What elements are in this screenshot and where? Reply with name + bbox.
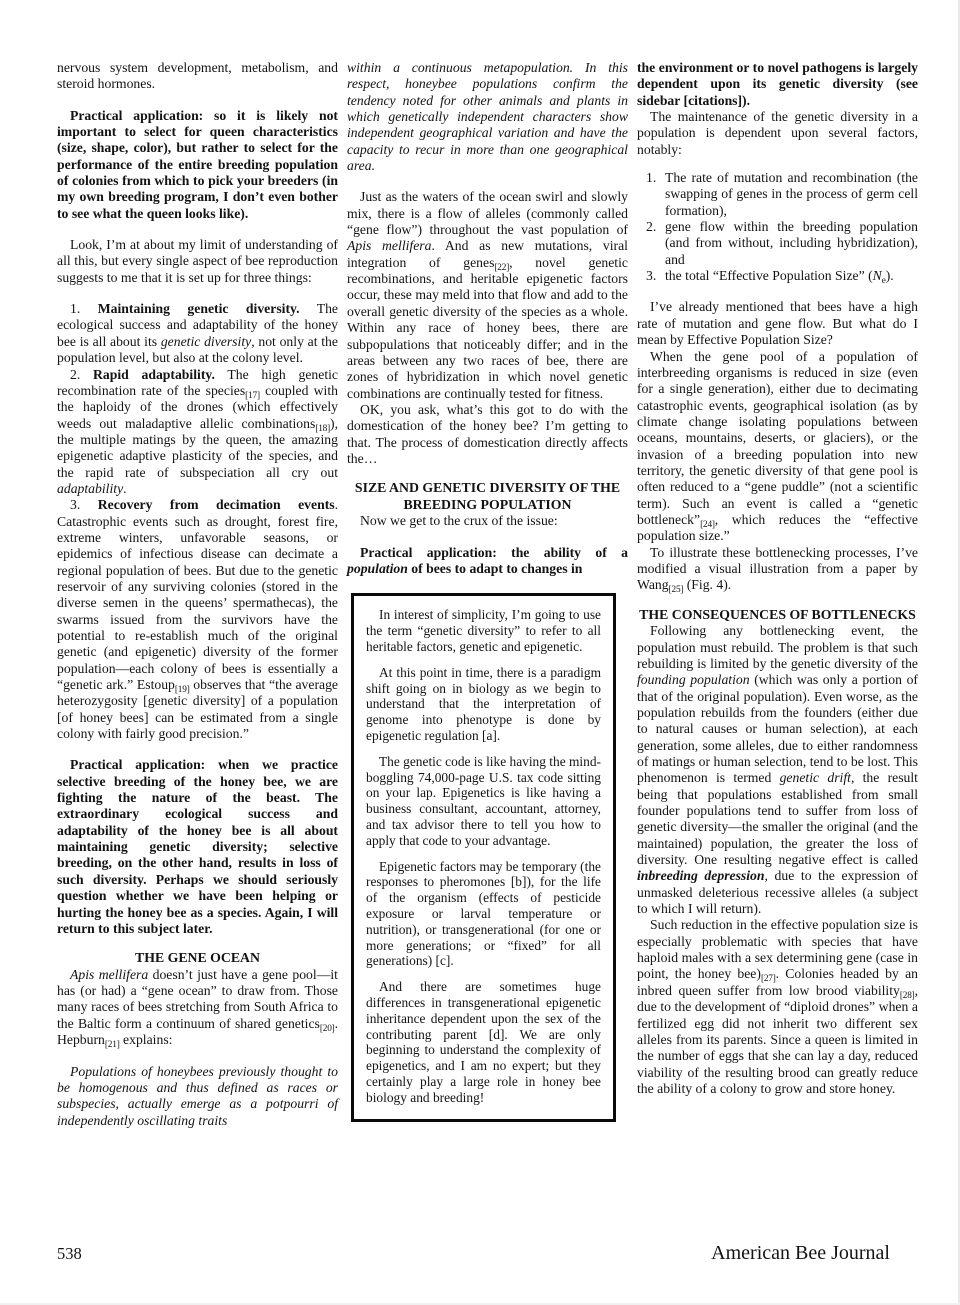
list-number: 3.	[646, 268, 656, 284]
text-run: Rapid adaptability.	[93, 367, 215, 382]
paragraph: Such reduction in the effective populati…	[637, 917, 918, 1097]
list-number: 2.	[646, 219, 656, 235]
paragraph: I’ve already mentioned that bees have a …	[637, 299, 918, 348]
section-heading: SIZE AND GENETIC DIVERSITY OF THE BREEDI…	[347, 480, 628, 513]
text-run: Following any bottlenecking event, the p…	[637, 623, 918, 671]
text-run: adaptability	[57, 481, 123, 496]
text-run: And there are sometimes huge differences…	[366, 979, 601, 1105]
magazine-page: nervous system development, metabolism, …	[0, 0, 960, 1305]
paragraph: The maintenance of the genetic diversity…	[637, 109, 918, 158]
journal-title: American Bee Journal	[711, 1242, 890, 1265]
emphasis-paragraph: Practical application: so it is likely n…	[57, 108, 338, 222]
text-run: The rate of mutation and recombination (…	[665, 170, 918, 218]
text-run: genetic drift	[780, 770, 851, 785]
paragraph: Now we get to the crux of the issue:	[347, 513, 628, 529]
text-run: the total “Effective Population Size” (	[665, 268, 873, 283]
paragraph: 2. Rapid adaptability. The high genetic …	[57, 367, 338, 498]
section-heading: THE GENE OCEAN	[57, 950, 338, 967]
text-run: N	[873, 268, 882, 283]
text-run: I’ve already mentioned that bees have a …	[637, 299, 918, 347]
text-run: Populations of honeybees previously thou…	[57, 1064, 338, 1128]
text-run: Just as the waters of the ocean swirl an…	[347, 189, 628, 237]
text-run: (Fig. 4).	[683, 577, 731, 592]
text-run: Maintaining genetic diversity.	[98, 301, 300, 316]
page-footer: 538 American Bee Journal	[57, 1242, 890, 1265]
page-number: 538	[57, 1244, 82, 1264]
paragraph: Apis mellifera doesn’t just have a gene …	[57, 967, 338, 1049]
text-run: 1.	[70, 301, 98, 316]
text-run: Apis mellifera	[347, 238, 431, 253]
text-run: Practical application: when we practice …	[57, 757, 338, 935]
text-run: . Catastrophic events such as drought, f…	[57, 497, 338, 692]
list-item: 3.the total “Effective Population Size” …	[637, 268, 918, 284]
paragraph: 1. Maintaining genetic diversity. The ec…	[57, 301, 338, 366]
reference-subscript: [18]	[315, 424, 330, 434]
reference-subscript: [21]	[105, 1040, 120, 1050]
text-run: 2.	[70, 367, 93, 382]
text-run: Apis mellifera	[70, 967, 148, 982]
list-number: 1.	[646, 170, 656, 186]
text-run: population	[347, 561, 408, 576]
paragraph: OK, you ask, what’s this got to do with …	[347, 402, 628, 467]
reference-subscript: [20]	[320, 1024, 335, 1034]
text-run: The maintenance of the genetic diversity…	[637, 109, 918, 157]
text-run: The genetic code is like having the mind…	[366, 754, 601, 848]
paragraph: 3. Recovery from decimation events. Cata…	[57, 497, 338, 742]
reference-subscript: [17]	[245, 391, 260, 401]
section-heading: THE CONSEQUENCES OF BOTTLENECKS	[637, 607, 918, 624]
text-run: explains:	[120, 1032, 173, 1047]
text-run: When the gene pool of a population of in…	[637, 349, 918, 527]
emphasis-paragraph: the environment or to novel pathogens is…	[637, 60, 918, 109]
text-run: OK, you ask, what’s this got to do with …	[347, 402, 628, 466]
text-run: Now we get to the crux of the issue:	[360, 513, 558, 528]
text-run: At this point in time, there is a paradi…	[366, 665, 601, 743]
article-columns: nervous system development, metabolism, …	[0, 0, 960, 1129]
text-run: founding population	[637, 672, 750, 687]
sidebar-box: In interest of simplicity, I’m going to …	[351, 593, 616, 1121]
text-run: within a continuous metapopulation. In t…	[347, 60, 628, 173]
list-item: 2.gene flow within the breeding populati…	[637, 219, 918, 268]
text-run: Recovery from decimation events	[98, 497, 335, 512]
paragraph: Epigenetic factors may be temporary (the…	[366, 859, 601, 970]
list-text: The rate of mutation and recombination (…	[665, 170, 918, 218]
paragraph: To illustrate these bottlenecking proces…	[637, 545, 918, 594]
paragraph: Following any bottlenecking event, the p…	[637, 623, 918, 917]
emphasis-paragraph: Practical application: when we practice …	[57, 757, 338, 937]
text-run: In interest of simplicity, I’m going to …	[366, 607, 601, 654]
text-run: of bees to adapt to changes in	[408, 561, 583, 576]
reference-subscript: [27]	[761, 974, 776, 984]
text-run: Practical application: the ability of a	[360, 545, 628, 560]
text-run: inbreeding depression	[637, 868, 765, 883]
text-run: nervous system development, metabolism, …	[57, 60, 338, 91]
reference-subscript: [25]	[669, 585, 684, 595]
text-run: the environment or to novel pathogens is…	[637, 60, 918, 108]
paragraph: At this point in time, there is a paradi…	[366, 665, 601, 744]
text-run: , novel genetic recombinations, and heri…	[347, 255, 628, 401]
column-3: the environment or to novel pathogens is…	[637, 60, 918, 1129]
paragraph: In interest of simplicity, I’m going to …	[366, 607, 601, 654]
text-run: Epigenetic factors may be temporary (the…	[366, 859, 601, 969]
emphasis-paragraph: Practical application: the ability of a …	[347, 545, 628, 578]
paragraph: And there are sometimes huge differences…	[366, 979, 601, 1105]
paragraph: Just as the waters of the ocean swirl an…	[347, 189, 628, 401]
text-run: 3.	[70, 497, 98, 512]
reference-subscript: [19]	[175, 685, 190, 695]
text-run: genetic diversity	[161, 334, 251, 349]
reference-subscript: [24]	[700, 520, 715, 530]
text-run: , due to the development of “diploid dro…	[637, 983, 918, 1096]
text-run: .	[123, 481, 126, 496]
paragraph: When the gene pool of a population of in…	[637, 349, 918, 545]
text-run: ).	[886, 268, 894, 283]
text-run: (which was only a portion of that of the…	[637, 672, 918, 785]
block-quote: within a continuous metapopulation. In t…	[347, 60, 628, 174]
paragraph: Look, I’m at about my limit of understan…	[57, 237, 338, 286]
text-run: gene flow within the breeding population…	[665, 219, 918, 267]
text-run: Look, I’m at about my limit of understan…	[57, 237, 338, 285]
reference-subscript: e	[882, 276, 886, 286]
column-2: within a continuous metapopulation. In t…	[347, 60, 628, 1129]
paragraph: The genetic code is like having the mind…	[366, 754, 601, 849]
paragraph: nervous system development, metabolism, …	[57, 60, 338, 93]
text-run: Practical application: so it is likely n…	[57, 108, 338, 221]
column-1: nervous system development, metabolism, …	[57, 60, 338, 1129]
list-item: 1.The rate of mutation and recombination…	[637, 170, 918, 219]
reference-subscript: [28]	[900, 991, 915, 1001]
list-text: gene flow within the breeding population…	[665, 219, 918, 267]
reference-subscript: [22]	[494, 263, 509, 273]
block-quote: Populations of honeybees previously thou…	[57, 1064, 338, 1129]
list-text: the total “Effective Population Size” (N…	[665, 268, 894, 283]
